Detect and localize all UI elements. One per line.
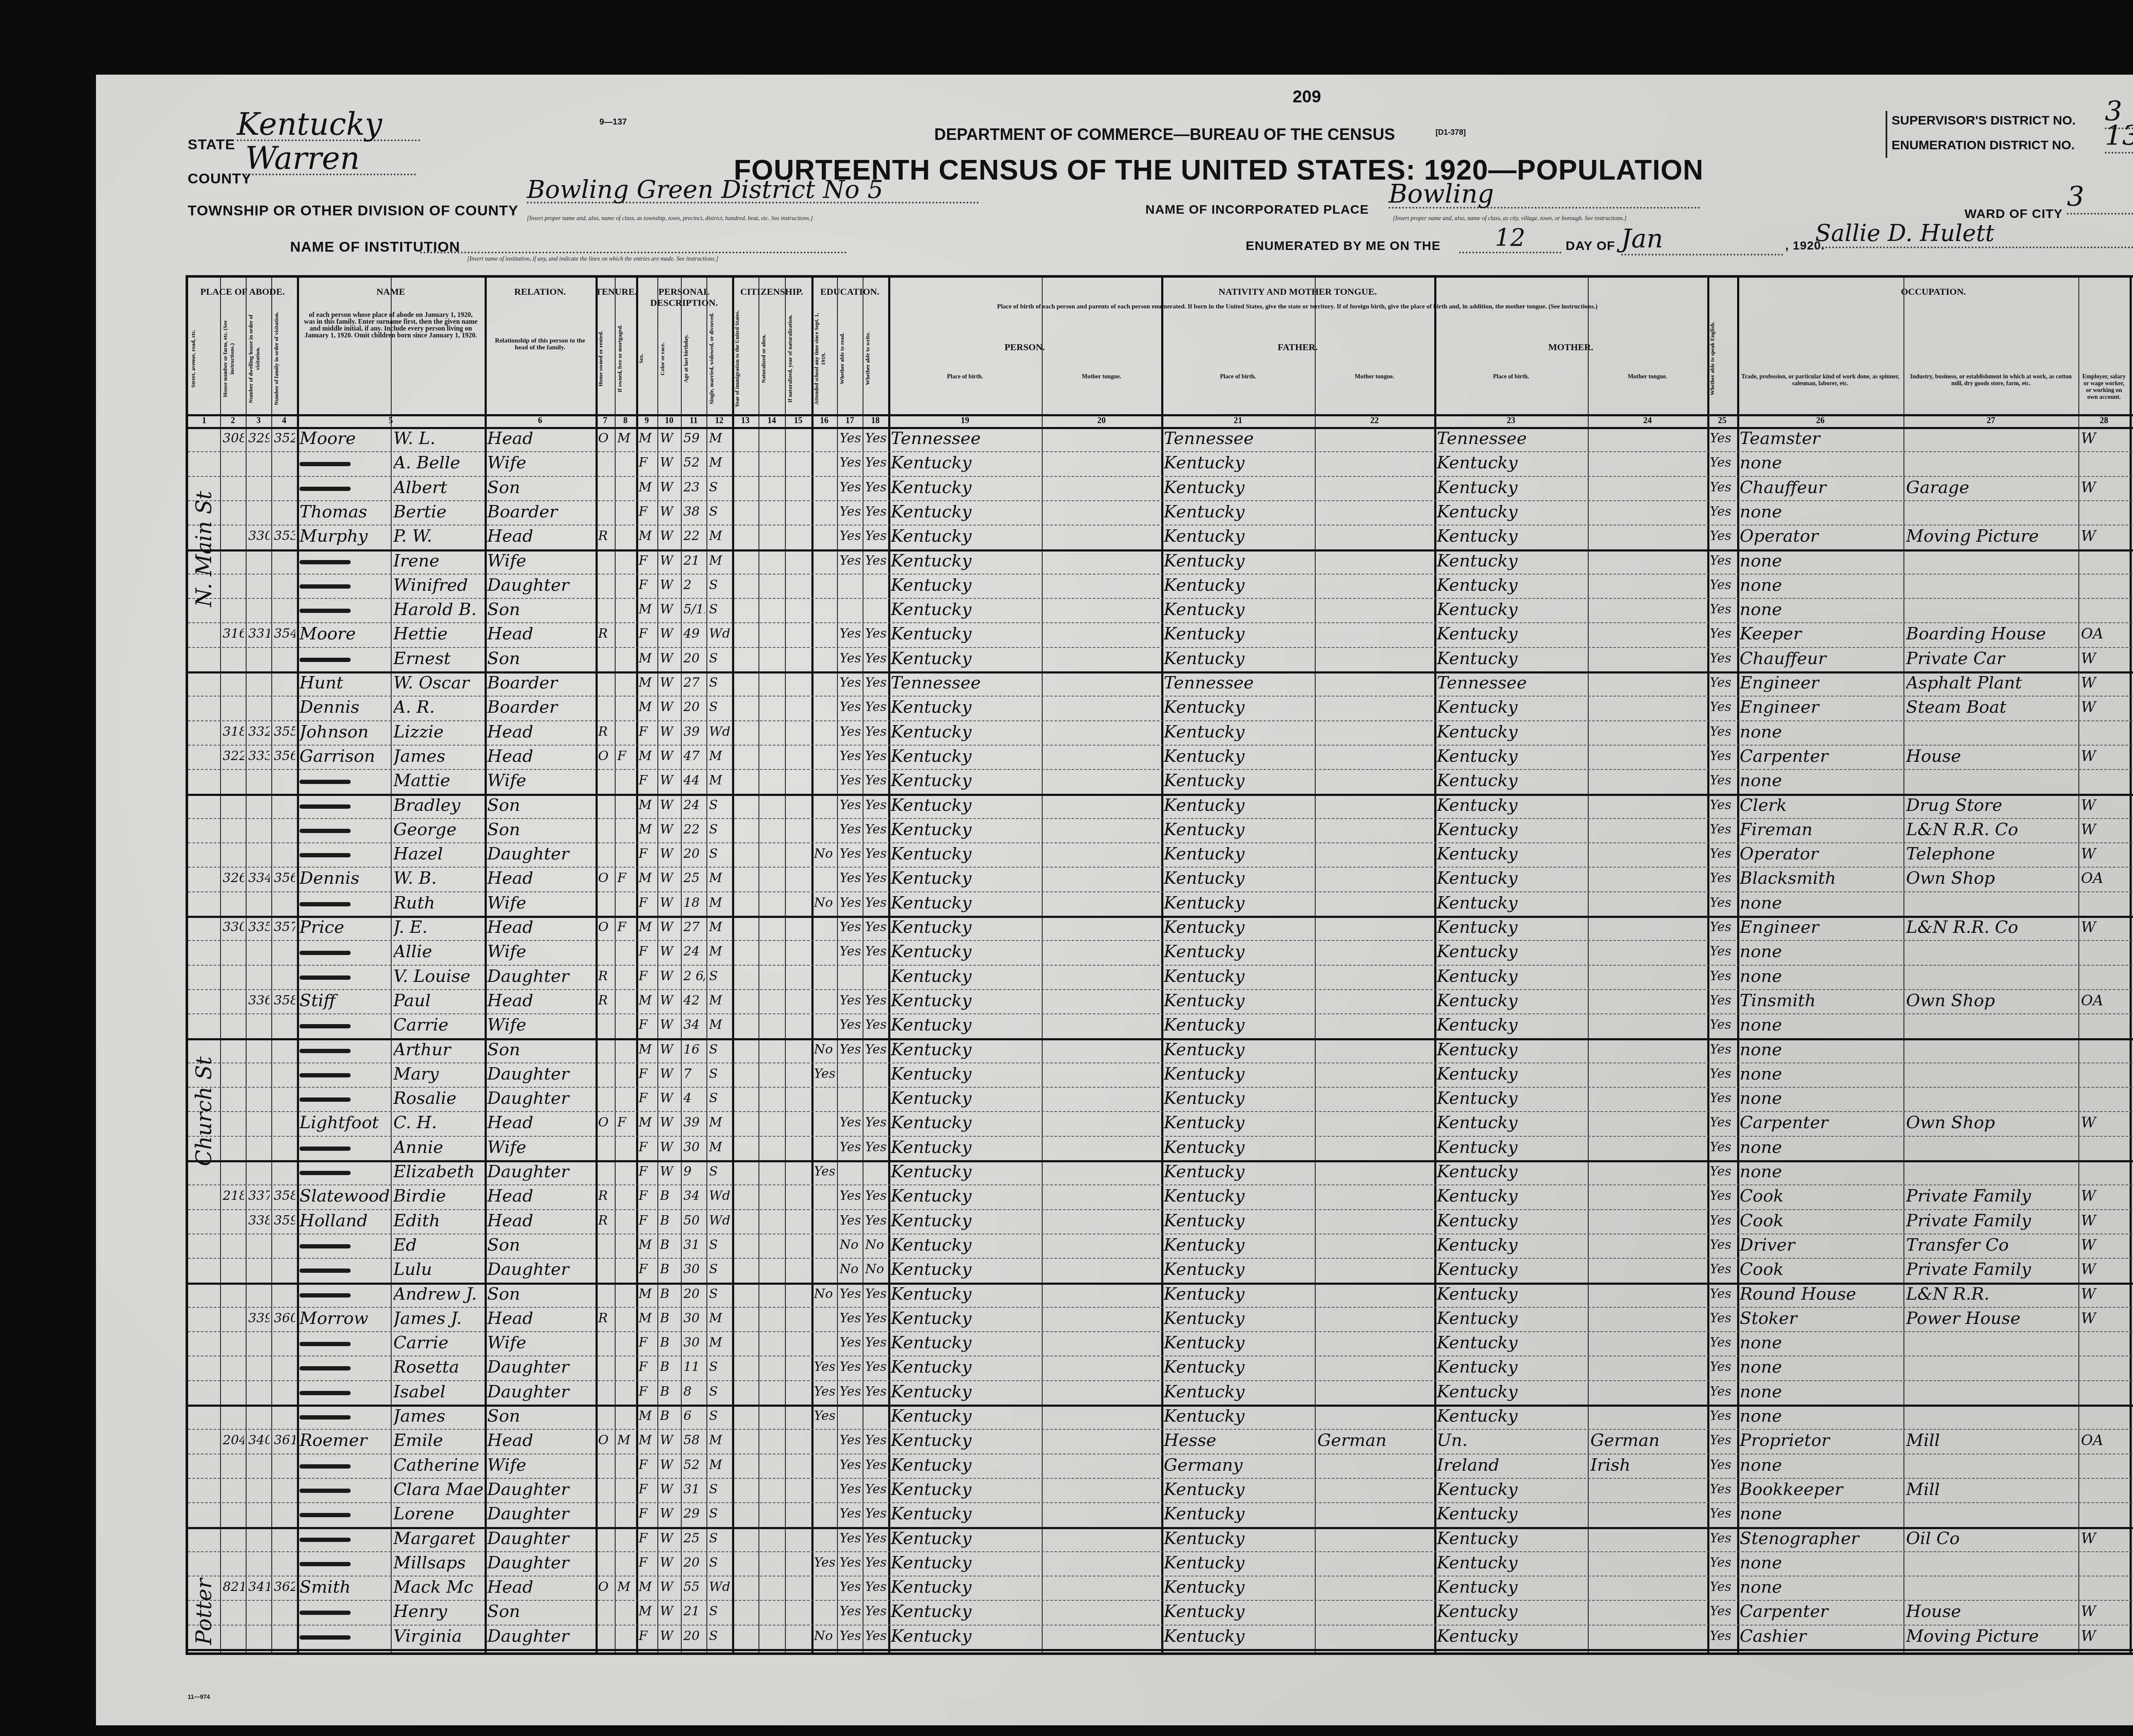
cell-surname: Holland (299, 1208, 389, 1234)
cell-given: Hettie (393, 621, 483, 647)
cell-surname: Smith (299, 1574, 389, 1600)
cell-english: Yes (1710, 572, 1735, 598)
cell-trade: Cashier (1740, 1623, 1902, 1649)
cell-race: W (660, 474, 679, 501)
cell-f-pob: Kentucky (1164, 743, 1313, 769)
cell-trade: Chauffeur (1740, 474, 1902, 501)
cell-family: 355 (274, 719, 295, 745)
cell-relation: Head (487, 1109, 594, 1136)
cell-race: W (660, 1158, 679, 1185)
group-header-citizenship: CITIZENSHIP. (732, 286, 811, 297)
cell-trade: Round House (1740, 1281, 1902, 1307)
cell-industry: Own Shop (1906, 987, 2077, 1014)
cell-english: Yes (1710, 596, 1735, 623)
cell-marital: M (709, 425, 730, 452)
cell-relation: Son (487, 1036, 594, 1063)
cell-trade: Engineer (1740, 670, 1902, 696)
cell-trade: Stoker (1740, 1305, 1902, 1332)
cell-trade: Bookkeeper (1740, 1476, 1902, 1503)
cell-write: Yes (865, 890, 886, 916)
cell-mort: F (617, 743, 634, 769)
cell-pob: Kentucky (891, 1330, 1040, 1356)
cell-write: Yes (865, 1598, 886, 1625)
cell-age: 20 (683, 1550, 705, 1576)
cell-pob: Kentucky (891, 1281, 1040, 1307)
cell-trade: Operator (1740, 523, 1902, 549)
cell-age: 50 (683, 1208, 705, 1234)
cell-race: W (660, 621, 679, 647)
cell-sex: M (639, 523, 656, 549)
cell-industry: Transfer Co (1906, 1232, 2077, 1258)
cell-relation: Head (487, 621, 594, 647)
cell-marital: M (709, 548, 730, 574)
cell-marital: S (709, 841, 730, 867)
cell-english: Yes (1710, 670, 1735, 696)
cell-read: Yes (840, 1183, 861, 1209)
cell-write: Yes (865, 450, 886, 476)
cell-dwelling: 333 (248, 743, 270, 769)
cell-given: C. H. (393, 1109, 483, 1136)
cell-pob: Kentucky (891, 1598, 1040, 1625)
cell-pob: Kentucky (891, 450, 1040, 476)
cell-trade: Carpenter (1740, 1109, 1902, 1136)
cell-f-pob: Kentucky (1164, 1330, 1313, 1356)
cell-dwelling: 340 (248, 1427, 270, 1454)
cell-f-pob: Kentucky (1164, 1305, 1313, 1332)
cell-marital: S (709, 1501, 730, 1527)
column-number-27: 27 (1903, 416, 2078, 426)
cell-age: 34 (683, 1012, 705, 1038)
cell-marital: M (709, 767, 730, 794)
cell-age: 2 (683, 572, 705, 598)
cell-m-pob: Kentucky (1437, 523, 1586, 549)
cell-f-pob: Kentucky (1164, 1525, 1313, 1552)
cell-f-pob: Kentucky (1164, 719, 1313, 745)
cell-relation: Daughter (487, 1525, 594, 1552)
cell-f-pob: Germany (1164, 1452, 1313, 1478)
cell-sex: F (639, 767, 656, 794)
column-label-21: Place of birth. (1164, 374, 1312, 380)
cell-trade: none (1740, 1452, 1902, 1478)
cell-f-pob: Kentucky (1164, 816, 1313, 843)
column-label-9: Sex. (638, 308, 656, 410)
cell-read: Yes (840, 1452, 861, 1478)
cell-trade: none (1740, 450, 1902, 476)
cell-relation: Head (487, 987, 594, 1014)
ditto-mark (299, 1635, 351, 1640)
cell-english: Yes (1710, 914, 1735, 941)
cell-relation: Wife (487, 1452, 594, 1478)
cell-industry: L&N R.R. Co (1906, 816, 2077, 843)
cell-write: Yes (865, 1525, 886, 1552)
cell-trade: Carpenter (1740, 743, 1902, 769)
cell-surname: Moore (299, 621, 389, 647)
cell-own: R (598, 523, 613, 549)
cell-pob: Kentucky (891, 1305, 1040, 1332)
cell-surname (299, 1232, 389, 1258)
cell-school: No (814, 890, 835, 916)
cell-mort: M (617, 425, 634, 452)
cell-given: Mack Mc (393, 1574, 483, 1600)
cell-age: 29 (683, 1501, 705, 1527)
cell-read: Yes (840, 890, 861, 916)
cell-pob: Kentucky (891, 938, 1040, 965)
cell-english: Yes (1710, 865, 1735, 891)
district-box: SUPERVISOR'S DISTRICT NO. 3 ENUMERATION … (1886, 111, 2133, 158)
cell-write: Yes (865, 914, 886, 941)
cell-marital: S (709, 1232, 730, 1258)
ditto-mark (299, 853, 351, 857)
column-number-1: 1 (188, 416, 220, 426)
township-note: [Insert proper name and, also, name of c… (527, 215, 813, 222)
cell-race: W (660, 890, 679, 916)
cell-surname (299, 450, 389, 476)
cell-read: Yes (840, 792, 861, 819)
cell-marital: S (709, 1281, 730, 1307)
ditto-mark (299, 1366, 351, 1370)
cell-family: 359 (274, 1208, 295, 1234)
cell-f-pob: Kentucky (1164, 1623, 1313, 1649)
cell-pob: Kentucky (891, 1208, 1040, 1234)
cell-race: W (660, 767, 679, 794)
cell-surname: Johnson (299, 719, 389, 745)
cell-marital: M (709, 743, 730, 769)
cell-race: W (660, 1525, 679, 1552)
cell-relation: Wife (487, 1134, 594, 1161)
cell-relation: Boarder (487, 694, 594, 720)
cell-sex: F (639, 1379, 656, 1405)
cell-age: 31 (683, 1476, 705, 1503)
cell-pob: Tennessee (891, 670, 1040, 696)
cell-surname (299, 841, 389, 867)
cell-pob: Kentucky (891, 1525, 1040, 1552)
ditto-mark (299, 1147, 351, 1151)
column-label-25: Whether able to speak English. (1709, 308, 1735, 410)
cell-surname (299, 1256, 389, 1283)
cell-english: Yes (1710, 1281, 1735, 1307)
ditto-mark (299, 1513, 351, 1517)
cell-sex: F (639, 1623, 656, 1649)
cell-own: R (598, 1208, 613, 1234)
cell-given: W. B. (393, 865, 483, 891)
group-header-father: FATHER. (1161, 342, 1434, 353)
cell-sex: F (639, 890, 656, 916)
ditto-mark (299, 1049, 351, 1053)
cell-m-pob: Kentucky (1437, 1256, 1586, 1283)
cell-relation: Head (487, 743, 594, 769)
cell-f-pob: Kentucky (1164, 841, 1313, 867)
cell-surname (299, 1134, 389, 1161)
cell-trade: Proprietor (1740, 1427, 1902, 1454)
cell-trade: none (1740, 767, 1902, 794)
cell-f-pob: Kentucky (1164, 1403, 1313, 1429)
cell-marital: S (709, 572, 730, 598)
cell-industry: Oil Co (1906, 1525, 2077, 1552)
group-header-relation: RELATION. (485, 286, 596, 297)
column-number-21: 21 (1161, 416, 1315, 426)
cell-family: 356 (274, 865, 295, 891)
cell-m-pob: Kentucky (1437, 499, 1586, 525)
cell-m-pob: Kentucky (1437, 1134, 1586, 1161)
cell-surname: Thomas (299, 499, 389, 525)
cell-race: W (660, 938, 679, 965)
cell-given: W. L. (393, 425, 483, 452)
cell-class: W (2081, 914, 2128, 941)
cell-english: Yes (1710, 1109, 1735, 1136)
cell-sex: M (639, 425, 656, 452)
cell-trade: none (1740, 1085, 1902, 1112)
column-number-13: 13 (732, 416, 758, 426)
cell-f-pob: Kentucky (1164, 450, 1313, 476)
cell-relation: Head (487, 865, 594, 891)
cell-read: Yes (840, 865, 861, 891)
group-header-abode: PLACE OF ABODE. (188, 286, 297, 297)
cell-m-pob: Kentucky (1437, 865, 1586, 891)
cell-m-pob: Kentucky (1437, 1036, 1586, 1063)
cell-marital: S (709, 1403, 730, 1429)
ditto-mark (299, 902, 351, 906)
cell-m-pob: Kentucky (1437, 1061, 1586, 1087)
cell-relation: Wife (487, 767, 594, 794)
cell-read: Yes (840, 743, 861, 769)
cell-surname: Garrison (299, 743, 389, 769)
footer-form-mark: 11—974 (188, 1693, 210, 1700)
cell-marital: S (709, 645, 730, 672)
cell-marital: S (709, 1256, 730, 1283)
cell-race: W (660, 450, 679, 476)
cell-class: OA (2081, 621, 2128, 647)
cell-race: W (660, 572, 679, 598)
cell-write: Yes (865, 1574, 886, 1600)
ditto-mark (299, 1415, 351, 1420)
cell-read: Yes (840, 1354, 861, 1380)
cell-f-pob: Kentucky (1164, 474, 1313, 501)
cell-surname: Dennis (299, 865, 389, 891)
cell-pob: Kentucky (891, 499, 1040, 525)
column-number-4: 4 (271, 416, 297, 426)
cell-dwelling: 331 (248, 621, 270, 647)
cell-trade: Chauffeur (1740, 645, 1902, 672)
cell-surname (299, 1330, 389, 1356)
cell-marital: M (709, 450, 730, 476)
cell-marital: M (709, 1330, 730, 1356)
cell-f-pob: Tennessee (1164, 425, 1313, 452)
cell-write: No (865, 1256, 886, 1283)
day-of-label: DAY OF (1566, 239, 1615, 253)
cell-surname (299, 572, 389, 598)
cell-pob: Kentucky (891, 474, 1040, 501)
cell-age: 27 (683, 670, 705, 696)
cell-read: Yes (840, 1330, 861, 1356)
cell-class: W (2081, 1623, 2128, 1649)
cell-english: Yes (1710, 645, 1735, 672)
cell-relation: Wife (487, 450, 594, 476)
cell-read: Yes (840, 1305, 861, 1332)
column-label-27: Industry, business, or establishment in … (1906, 374, 2076, 387)
cell-class: W (2081, 816, 2128, 843)
column-number-9: 9 (636, 416, 657, 426)
cell-english: Yes (1710, 987, 1735, 1014)
cell-relation: Wife (487, 1330, 594, 1356)
column-label-11: Age at last birthday. (683, 308, 705, 410)
cell-sex: F (639, 1330, 656, 1356)
cell-pob: Kentucky (891, 1623, 1040, 1649)
cell-f-pob: Kentucky (1164, 1036, 1313, 1063)
cell-given: Ed (393, 1232, 483, 1258)
cell-trade: none (1740, 1158, 1902, 1185)
cell-english: Yes (1710, 621, 1735, 647)
cell-class: W (2081, 1208, 2128, 1234)
cell-dwelling: 334 (248, 865, 270, 891)
cell-english: Yes (1710, 1525, 1735, 1552)
cell-own: O (598, 1574, 613, 1600)
cell-read: Yes (840, 450, 861, 476)
cell-class: W (2081, 694, 2128, 720)
cell-read: Yes (840, 767, 861, 794)
cell-industry: Private Family (1906, 1208, 2077, 1234)
ditto-mark (299, 1024, 351, 1028)
cell-relation: Boarder (487, 670, 594, 696)
column-label-1: Street, avenue, road, etc. (190, 308, 218, 410)
cell-pob: Kentucky (891, 963, 1040, 990)
cell-english: Yes (1710, 1232, 1735, 1258)
column-number-7: 7 (596, 416, 615, 426)
ditto-mark (299, 1342, 351, 1346)
cell-surname (299, 1476, 389, 1503)
cell-age: 20 (683, 1281, 705, 1307)
cell-given: Bradley (393, 792, 483, 819)
cell-english: Yes (1710, 474, 1735, 501)
cell-m-pob: Kentucky (1437, 1281, 1586, 1307)
cell-age: 30 (683, 1305, 705, 1332)
cell-sex: F (639, 621, 656, 647)
cell-marital: S (709, 499, 730, 525)
cell-industry: Telephone (1906, 841, 2077, 867)
cell-write: Yes (865, 645, 886, 672)
cell-marital: S (709, 596, 730, 623)
column-label-16: Attended school any time since Sept. 1, … (813, 308, 835, 410)
form-code: [D1-378] (1436, 128, 1466, 137)
cell-trade: none (1740, 1379, 1902, 1405)
cell-write: Yes (865, 1427, 886, 1454)
cell-age: 24 (683, 792, 705, 819)
cell-industry: Garage (1906, 474, 2077, 501)
cell-relation: Head (487, 523, 594, 549)
cell-sex: F (639, 1525, 656, 1552)
group-header-name: NAME (297, 286, 485, 297)
cell-given: Hazel (393, 841, 483, 867)
cell-relation: Daughter (487, 1550, 594, 1576)
cell-f-pob: Kentucky (1164, 1550, 1313, 1576)
cell-m-pob: Kentucky (1437, 890, 1586, 916)
cell-write: Yes (865, 1183, 886, 1209)
cell-f-pob: Kentucky (1164, 1061, 1313, 1087)
cell-surname: Stiff (299, 987, 389, 1014)
cell-class: W (2081, 1183, 2128, 1209)
cell-sex: M (639, 743, 656, 769)
cell-pob: Kentucky (891, 1232, 1040, 1258)
cell-marital: S (709, 1061, 730, 1087)
cell-family: 357 (274, 914, 295, 941)
cell-family: 362 (274, 1574, 295, 1600)
cell-dwelling: 329 (248, 425, 270, 452)
cell-industry: Private Car (1906, 645, 2077, 672)
ward-label: WARD OF CITY (1964, 207, 2063, 221)
ditto-mark (299, 658, 351, 662)
cell-read: Yes (840, 425, 861, 452)
cell-marital: S (709, 1354, 730, 1380)
cell-age: 30 (683, 1134, 705, 1161)
cell-given: Virginia (393, 1623, 483, 1649)
cell-pob: Kentucky (891, 572, 1040, 598)
cell-age: 39 (683, 1109, 705, 1136)
cell-age: 5/12 (683, 596, 705, 623)
cell-pob: Kentucky (891, 1134, 1040, 1161)
cell-english: Yes (1710, 1012, 1735, 1038)
group-header-mother: MOTHER. (1434, 342, 1707, 353)
cell-marital: M (709, 523, 730, 549)
cell-house: 821 (223, 1574, 244, 1600)
cell-f-pob: Kentucky (1164, 572, 1313, 598)
column-label-22: Mother tongue. (1317, 374, 1432, 380)
cell-industry: House (1906, 743, 2077, 769)
cell-m-pob: Kentucky (1437, 1574, 1586, 1600)
cell-marital: Wd (709, 1574, 730, 1600)
cell-relation: Daughter (487, 1379, 594, 1405)
cell-f-pob: Kentucky (1164, 1598, 1313, 1625)
cell-given: Mary (393, 1061, 483, 1087)
cell-m-tongue: German (1590, 1427, 1706, 1454)
cell-write: Yes (865, 694, 886, 720)
cell-age: 2 6/12 (683, 963, 705, 990)
cell-age: 9 (683, 1158, 705, 1185)
cell-f-pob: Kentucky (1164, 1158, 1313, 1185)
cell-given: James (393, 743, 483, 769)
cell-dwelling: 332 (248, 719, 270, 745)
cell-industry: Steam Boat (1906, 694, 2077, 720)
cell-relation: Wife (487, 890, 594, 916)
cell-age: 6 (683, 1403, 705, 1429)
census-table: PLACE OF ABODE.NAMERELATION.TENURE.PERSO… (186, 275, 2133, 1655)
state-value: Kentucky (237, 109, 420, 141)
cell-pob: Kentucky (891, 890, 1040, 916)
cell-given: James J. (393, 1305, 483, 1332)
ditto-mark (299, 1097, 351, 1102)
cell-f-pob: Kentucky (1164, 1379, 1313, 1405)
cell-english: Yes (1710, 499, 1735, 525)
column-number-25: 25 (1707, 416, 1737, 426)
cell-write: Yes (865, 1208, 886, 1234)
cell-relation: Daughter (487, 1256, 594, 1283)
cell-race: B (660, 1256, 679, 1283)
cell-age: 22 (683, 523, 705, 549)
cell-english: Yes (1710, 523, 1735, 549)
cell-race: W (660, 1550, 679, 1576)
cell-race: W (660, 841, 679, 867)
cell-pob: Kentucky (891, 694, 1040, 720)
cell-surname (299, 1525, 389, 1552)
cell-read: Yes (840, 1208, 861, 1234)
cell-trade: Keeper (1740, 621, 1902, 647)
ditto-mark (299, 780, 351, 784)
cell-family: 354 (274, 621, 295, 647)
cell-m-pob: Kentucky (1437, 645, 1586, 672)
cell-age: 20 (683, 694, 705, 720)
cell-write: Yes (865, 1623, 886, 1649)
cell-trade: none (1740, 963, 1902, 990)
cell-marital: Wd (709, 719, 730, 745)
cell-surname (299, 767, 389, 794)
